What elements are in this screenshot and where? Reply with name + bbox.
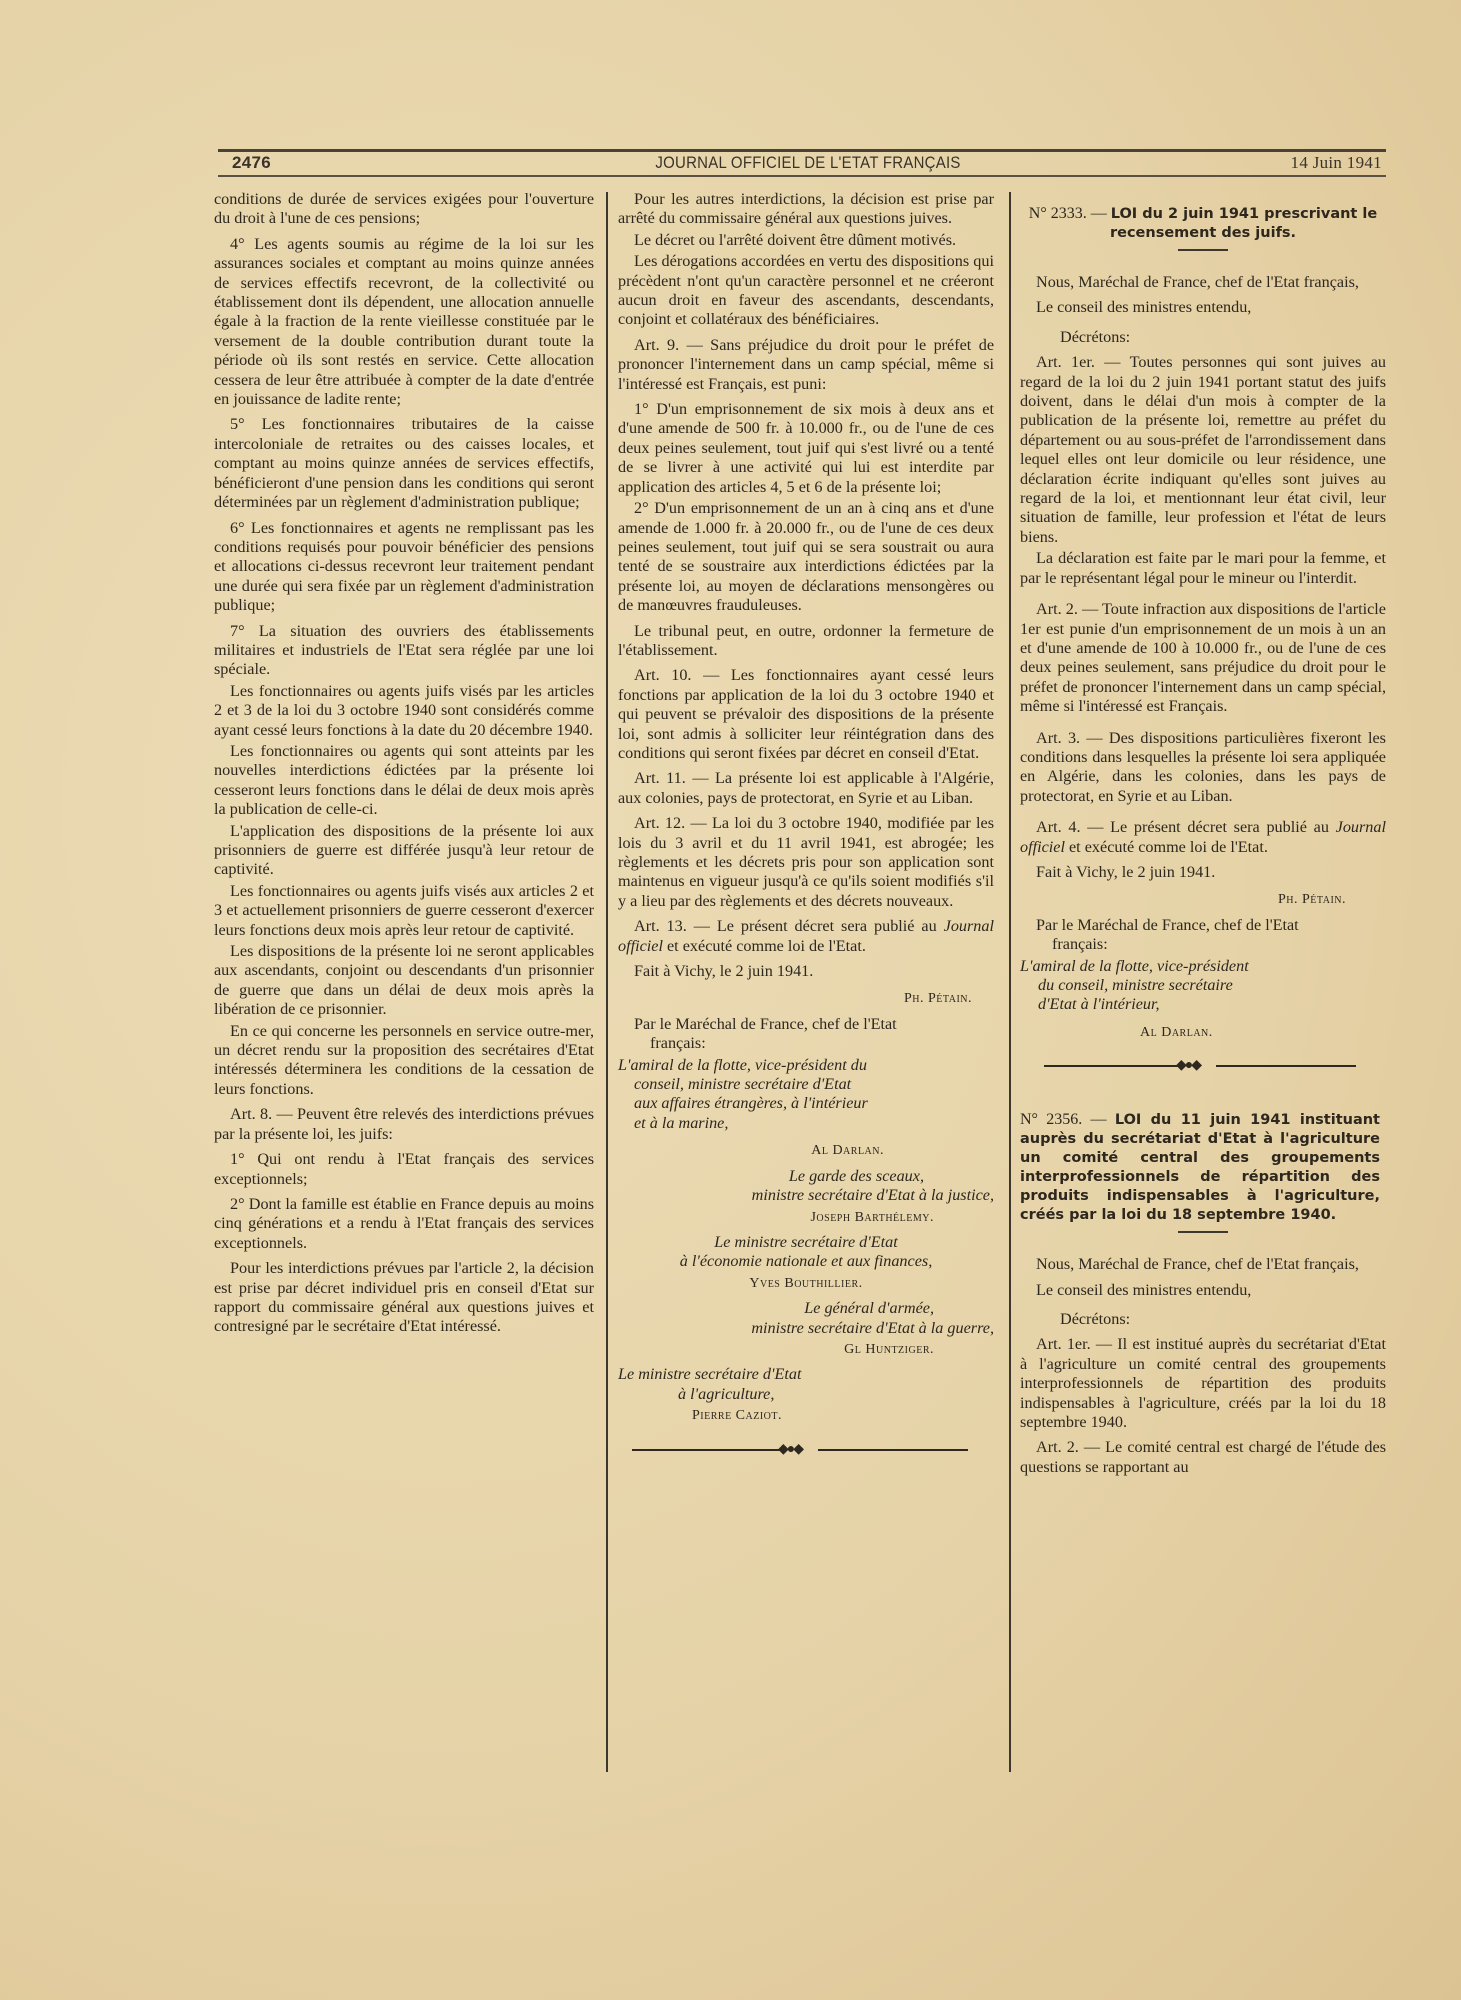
paragraph: conditions de durée de services exigées … bbox=[214, 190, 594, 229]
signature-petain: Ph. Pétain. bbox=[618, 989, 972, 1008]
article-11: Art. 11. — La présente loi est applicabl… bbox=[618, 769, 994, 808]
article-8: Art. 8. — Peuvent être relevés des inter… bbox=[214, 1105, 594, 1144]
article-13: Art. 13. — Le présent décret sera publié… bbox=[618, 917, 994, 956]
page-number: 2476 bbox=[232, 153, 271, 173]
column-left: conditions de durée de services exigées … bbox=[214, 190, 594, 1343]
minister-darlan-title: L'amiral de la flotte, vice-président du… bbox=[1020, 957, 1386, 1015]
signature-bouthillier: Yves Bouthillier. bbox=[618, 1274, 994, 1293]
article-2: Art. 2. — Le comité central est chargé d… bbox=[1020, 1438, 1386, 1477]
section-ornament: ◆●◆ bbox=[618, 1442, 994, 1458]
paragraph: La déclaration est faite par le mari pou… bbox=[1020, 549, 1386, 588]
fait-a-vichy: Fait à Vichy, le 2 juin 1941. bbox=[618, 962, 994, 981]
paragraph: En ce qui concerne les personnels en ser… bbox=[214, 1022, 594, 1100]
paragraph: Les fonctionnaires ou agents juifs visés… bbox=[214, 882, 594, 940]
heading-rule bbox=[1178, 1231, 1228, 1233]
issue-date: 14 Juin 1941 bbox=[1291, 153, 1382, 173]
header-bottom-rule bbox=[218, 175, 1386, 177]
column-divider bbox=[1009, 192, 1011, 1772]
header-top-rule bbox=[218, 149, 1386, 152]
column-divider bbox=[606, 192, 608, 1772]
decretons: Décrétons: bbox=[1020, 328, 1386, 347]
minister-bouthillier-title: Le ministre secrétaire d'Etat à l'économ… bbox=[618, 1233, 994, 1272]
minister-barthelemy-title: Le garde des sceaux, ministre secrétaire… bbox=[618, 1167, 994, 1206]
preamble: Nous, Maréchal de France, chef de l'Etat… bbox=[1020, 1255, 1386, 1274]
decretons: Décrétons: bbox=[1020, 1310, 1386, 1329]
paragraph: Les fonctionnaires ou agents juifs visés… bbox=[214, 682, 594, 740]
page-header: 2476 JOURNAL OFFICIEL DE L'ETAT FRANÇAIS… bbox=[230, 153, 1386, 175]
column-middle: Pour les autres interdictions, la décisi… bbox=[618, 190, 994, 1468]
paragraph: Les fonctionnaires ou agents qui sont at… bbox=[214, 742, 594, 820]
paragraph: 2° D'un emprisonnement de un an à cinq a… bbox=[618, 499, 994, 615]
par-le-marechal: Par le Maréchal de France, chef de l'Eta… bbox=[618, 1015, 994, 1054]
signature-barthelemy: Joseph Barthélemy. bbox=[618, 1208, 934, 1227]
article-9: Art. 9. — Sans préjudice du droit pour l… bbox=[618, 336, 994, 394]
paragraph: Pour les autres interdictions, la décisi… bbox=[618, 190, 994, 229]
minister-caziot-title: Le ministre secrétaire d'Etat à l'agricu… bbox=[618, 1365, 994, 1404]
article-1: Art. 1er. — Il est institué auprès du se… bbox=[1020, 1335, 1386, 1432]
ornament-icon: ◆●◆ bbox=[778, 1440, 802, 1459]
signature-caziot: Pierre Caziot. bbox=[692, 1406, 972, 1425]
article-3: Art. 3. — Des dispositions particulières… bbox=[1020, 729, 1386, 807]
article-12: Art. 12. — La loi du 3 octobre 1940, mod… bbox=[618, 814, 994, 911]
par-le-marechal: Par le Maréchal de France, chef de l'Eta… bbox=[1020, 916, 1386, 955]
paragraph: Les dérogations accordées en vertu des d… bbox=[618, 252, 994, 330]
preamble: Le conseil des ministres entendu, bbox=[1020, 1281, 1386, 1300]
article-10: Art. 10. — Les fonctionnaires ayant cess… bbox=[618, 666, 994, 763]
section-ornament: ◆●◆ bbox=[1020, 1058, 1386, 1074]
paragraph: 6° Les fonctionnaires et agents ne rempl… bbox=[214, 519, 594, 616]
preamble: Le conseil des ministres entendu, bbox=[1020, 298, 1386, 317]
signature-huntziger: Gl Huntziger. bbox=[618, 1340, 934, 1359]
journal-page: 2476 JOURNAL OFFICIEL DE L'ETAT FRANÇAIS… bbox=[0, 0, 1461, 2000]
law-2356-heading: N° 2356. — LOI du 11 juin 1941 instituan… bbox=[1020, 1110, 1380, 1225]
paragraph: 5° Les fonctionnaires tributaires de la … bbox=[214, 415, 594, 512]
paragraph: Pour les interdictions prévues par l'art… bbox=[214, 1259, 594, 1337]
paragraph: Le tribunal peut, en outre, ordonner la … bbox=[618, 622, 994, 661]
minister-darlan-title: L'amiral de la flotte, vice-président du… bbox=[618, 1056, 994, 1134]
article-2: Art. 2. — Toute infraction aux dispositi… bbox=[1020, 600, 1386, 716]
paragraph: 7° La situation des ouvriers des établis… bbox=[214, 622, 594, 680]
article-4: Art. 4. — Le présent décret sera publié … bbox=[1020, 818, 1386, 857]
ornament-icon: ◆●◆ bbox=[1176, 1056, 1200, 1075]
paragraph: 2° Dont la famille est établie en France… bbox=[214, 1195, 594, 1253]
column-right: N° 2333. — LOI du 2 juin 1941 prescrivan… bbox=[1020, 190, 1386, 1483]
fait-a-vichy: Fait à Vichy, le 2 juin 1941. bbox=[1020, 863, 1386, 882]
signature-darlan: Al Darlan. bbox=[618, 1141, 884, 1160]
paragraph: Les dispositions de la présente loi ne s… bbox=[214, 942, 594, 1020]
paragraph: 1° Qui ont rendu à l'Etat français des s… bbox=[214, 1150, 594, 1189]
article-1: Art. 1er. — Toutes personnes qui sont ju… bbox=[1020, 353, 1386, 547]
paragraph: L'application des dispositions de la pré… bbox=[214, 822, 594, 880]
minister-huntziger-title: Le général d'armée, ministre secrétaire … bbox=[618, 1299, 994, 1338]
signature-darlan: Al Darlan. bbox=[1140, 1023, 1364, 1042]
paragraph: 4° Les agents soumis au régime de la loi… bbox=[214, 235, 594, 410]
heading-rule bbox=[1178, 249, 1228, 251]
signature-petain: Ph. Pétain. bbox=[1020, 890, 1346, 909]
paragraph: Le décret ou l'arrêté doivent être dûmen… bbox=[618, 231, 994, 250]
journal-title: JOURNAL OFFICIEL DE L'ETAT FRANÇAIS bbox=[299, 153, 1316, 173]
preamble: Nous, Maréchal de France, chef de l'Etat… bbox=[1020, 273, 1386, 292]
law-2333-heading: N° 2333. — LOI du 2 juin 1941 prescrivan… bbox=[1026, 204, 1380, 243]
paragraph: 1° D'un emprisonnement de six mois à deu… bbox=[618, 400, 994, 497]
